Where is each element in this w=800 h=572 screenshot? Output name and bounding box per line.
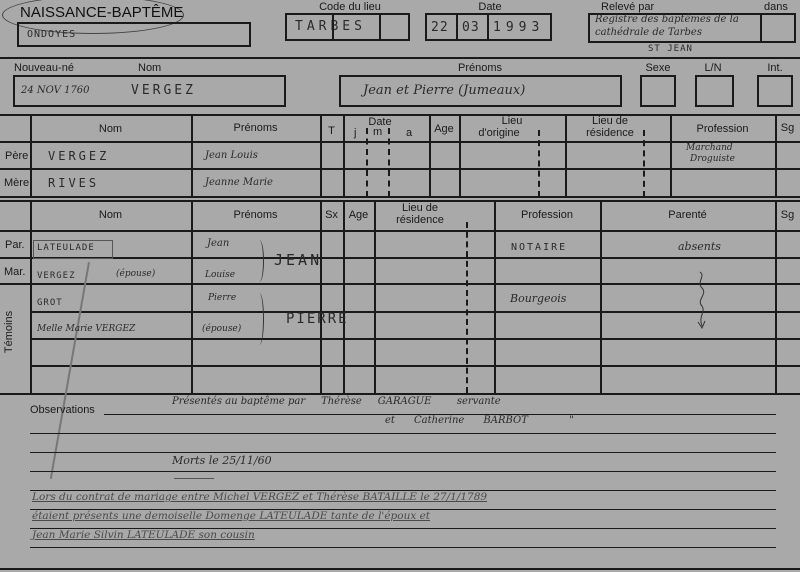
ln-label: L/N [693,62,733,74]
note-line1[interactable]: Lors du contrat de mariage entre Michel … [32,491,487,503]
pere-profession-1[interactable]: Marchand [686,143,733,153]
mar-label: Mar. [4,266,25,278]
temoins-label: Témoins [3,311,15,353]
pere-nom[interactable]: VERGEZ [48,149,109,163]
sexe-label: Sexe [638,62,678,74]
newborn-nom-field[interactable]: 24 NOV 1760 VERGEZ [13,75,286,107]
parrain-profession[interactable]: NOTAIRE [511,242,567,253]
newborn-date-value: 24 NOV 1760 [21,85,90,96]
newborn-prenoms-label: Prénoms [340,62,620,74]
witnesses-header-age: Age [343,209,374,221]
pere-prenoms[interactable]: Jean Louis [205,150,258,161]
witnesses-header-nom: Nom [30,209,191,221]
mere-nom[interactable]: RIVES [48,176,99,190]
parents-header-profession: Profession [670,123,775,135]
bracket-pierre [255,293,264,345]
parents-header-age: Age [429,123,459,135]
witnesses-header-lieu-residence-1: Lieu de [374,202,466,214]
sexe-field[interactable] [640,75,676,107]
observations-line3[interactable] [30,436,776,451]
newborn-nom-value: VERGEZ [131,83,196,98]
parents-header-t: T [320,125,343,137]
parents-header-a: a [406,127,412,139]
observations-label: Observations [30,404,95,416]
newborn-prenoms-value: Jean et Pierre (Jumeaux) [363,83,525,98]
bracket-name-pierre: PIERRE [286,311,349,327]
mere-prenoms[interactable]: Jeanne Marie [205,177,273,188]
observations-line1[interactable]: Présentés au baptême par Thérèse GARAGUE… [172,396,501,407]
date-day: 22 [431,20,449,35]
temoin-2-nom[interactable]: Melle Marie VERGEZ [37,324,135,334]
parents-header-j: j [354,127,356,139]
parrain-prenoms[interactable]: Jean [207,238,229,249]
observations-line4[interactable]: Morts le 25/11/60 [172,454,272,467]
newborn-prenoms-field[interactable]: Jean et Pierre (Jumeaux) [339,75,622,107]
marraine-prenoms[interactable]: Louise [205,270,235,280]
temoin-3-row[interactable] [32,340,775,364]
parish-field[interactable]: ONDOYES [17,22,251,47]
releve-field[interactable]: Registre des baptêmes de la cathédrale d… [588,13,796,43]
dans-label: dans [764,1,788,13]
witnesses-header-sx: Sx [320,209,343,221]
temoin-1-nom[interactable]: GROT [37,298,63,308]
parents-header-m: m [373,126,382,138]
parents-header-nom: Nom [30,123,191,135]
parrain-parente[interactable]: absents [678,240,721,253]
bracket-jean [255,240,264,282]
releve-note: ST JEAN [648,44,693,54]
parents-header-prenoms: Prénoms [191,122,320,134]
code-lieu-field[interactable]: TARBES [285,13,410,41]
releve-value-line1: Registre des baptêmes de la [595,14,739,25]
pere-label: Père [5,150,28,162]
temoin-1-profession[interactable]: Bourgeois [510,292,566,305]
date-field[interactable]: 22 03 1993 [425,13,552,41]
date-month: 03 [462,20,480,35]
date-label: Date [425,1,555,13]
releve-label: Relevé par [601,1,654,13]
underline-mark [174,478,214,479]
pere-profession-2: Droguiste [690,154,735,164]
par-label: Par. [5,239,25,251]
temoin-2-prenoms[interactable]: (épouse) [202,324,241,334]
date-year: 1993 [493,20,544,35]
parents-header-lieu-origine-2: d'origine [459,127,539,139]
note-line2[interactable]: étaient présents une demoiselle Domenge … [32,510,430,522]
releve-value-line2: cathédrale de Tarbes [595,27,702,38]
witnesses-header-parente: Parenté [600,209,775,221]
code-lieu-label: Code du lieu [285,1,415,13]
parish-value: ONDOYES [27,29,76,40]
bracket-name-jean: JEAN [274,251,322,269]
parents-header-lieu-residence-1: Lieu de [565,115,655,127]
form-title: NAISSANCE-BAPTÊME [20,4,183,21]
ditto-arrow-icon [692,270,712,332]
int-label: Int. [755,62,795,74]
observations-line2[interactable]: et Catherine BARBOT " [385,415,574,426]
parrain-nom[interactable]: LATEULADE [37,243,95,253]
newborn-label: Nouveau-né [14,62,74,74]
temoin-4-row[interactable] [32,367,775,391]
witnesses-header-profession: Profession [494,209,600,221]
parents-header-lieu-origine-1: Lieu [459,115,565,127]
newborn-nom-label: Nom [138,62,161,74]
parents-header-sg: Sg [775,122,800,134]
witnesses-header-lieu-residence-2: résidence [374,214,466,226]
note-line3[interactable]: Jean Marie Silvin LATEULADE son cousin [32,529,255,541]
marraine-nom-note: (épouse) [116,269,155,279]
parents-header-lieu-residence-2: résidence [565,127,655,139]
witnesses-header-prenoms: Prénoms [191,209,320,221]
code-lieu-value: TARBES [295,19,366,34]
ln-field[interactable] [695,75,734,107]
int-field[interactable] [757,75,793,107]
temoin-1-prenoms[interactable]: Pierre [208,293,236,303]
witnesses-header-sg: Sg [775,209,800,221]
mere-label: Mère [4,177,29,189]
marraine-nom[interactable]: VERGEZ [37,271,76,281]
